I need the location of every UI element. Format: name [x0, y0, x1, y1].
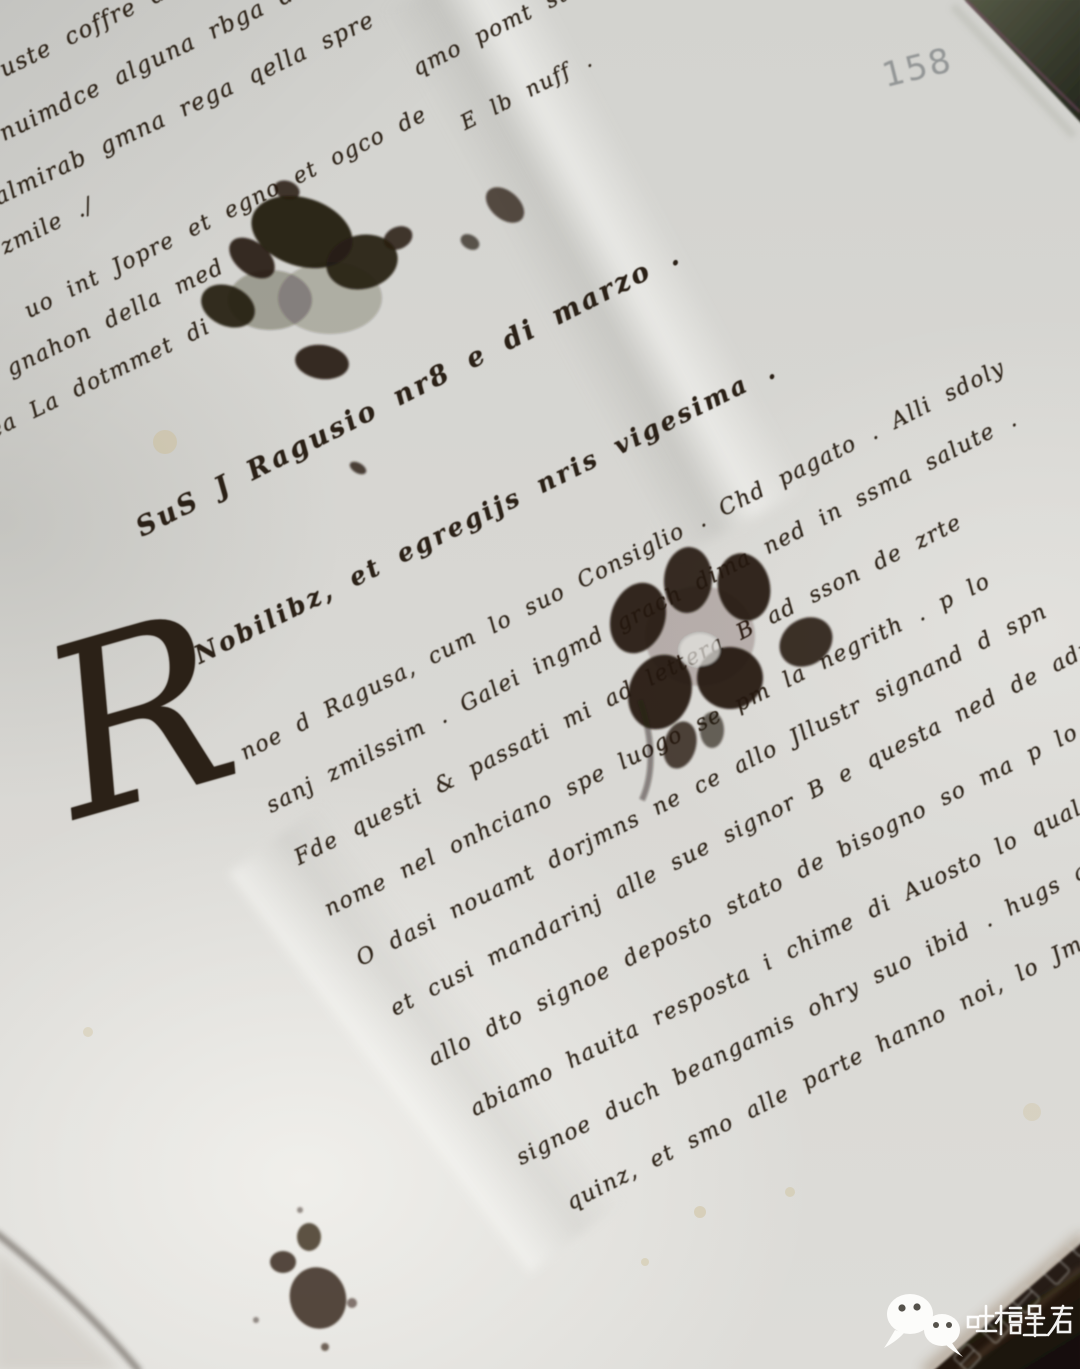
manuscript-line: lo nuimdce alguna rbga della b	[0, 0, 372, 165]
manuscript-dateline: SuS J Ragusio nr8 e di marzo .	[131, 240, 687, 544]
manuscript-line: E lb nuff .	[457, 47, 597, 134]
manuscript-line: qmo pomt st pada	[408, 0, 641, 82]
manuscript-initial-letter: R	[21, 580, 256, 855]
manuscript-photo: R hr uste coffre di qlla p. sdnie lo nui…	[0, 0, 1080, 1369]
manuscript-text-layer: R hr uste coffre di qlla p. sdnie lo nui…	[0, 0, 1080, 1369]
